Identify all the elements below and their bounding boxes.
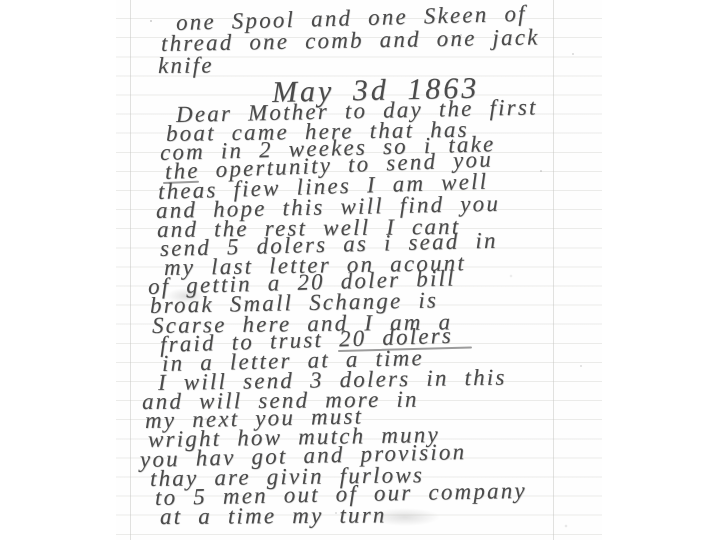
scanned-letter-page: one Spool and one Skeen of thread one co… <box>0 0 720 540</box>
supply-list-line: thread one comb and one jack <box>161 25 540 55</box>
handwritten-text-layer: one Spool and one Skeen of thread one co… <box>0 0 720 540</box>
letter-line: at a time my turn <box>160 503 387 528</box>
supply-list-line: knife <box>158 54 214 77</box>
